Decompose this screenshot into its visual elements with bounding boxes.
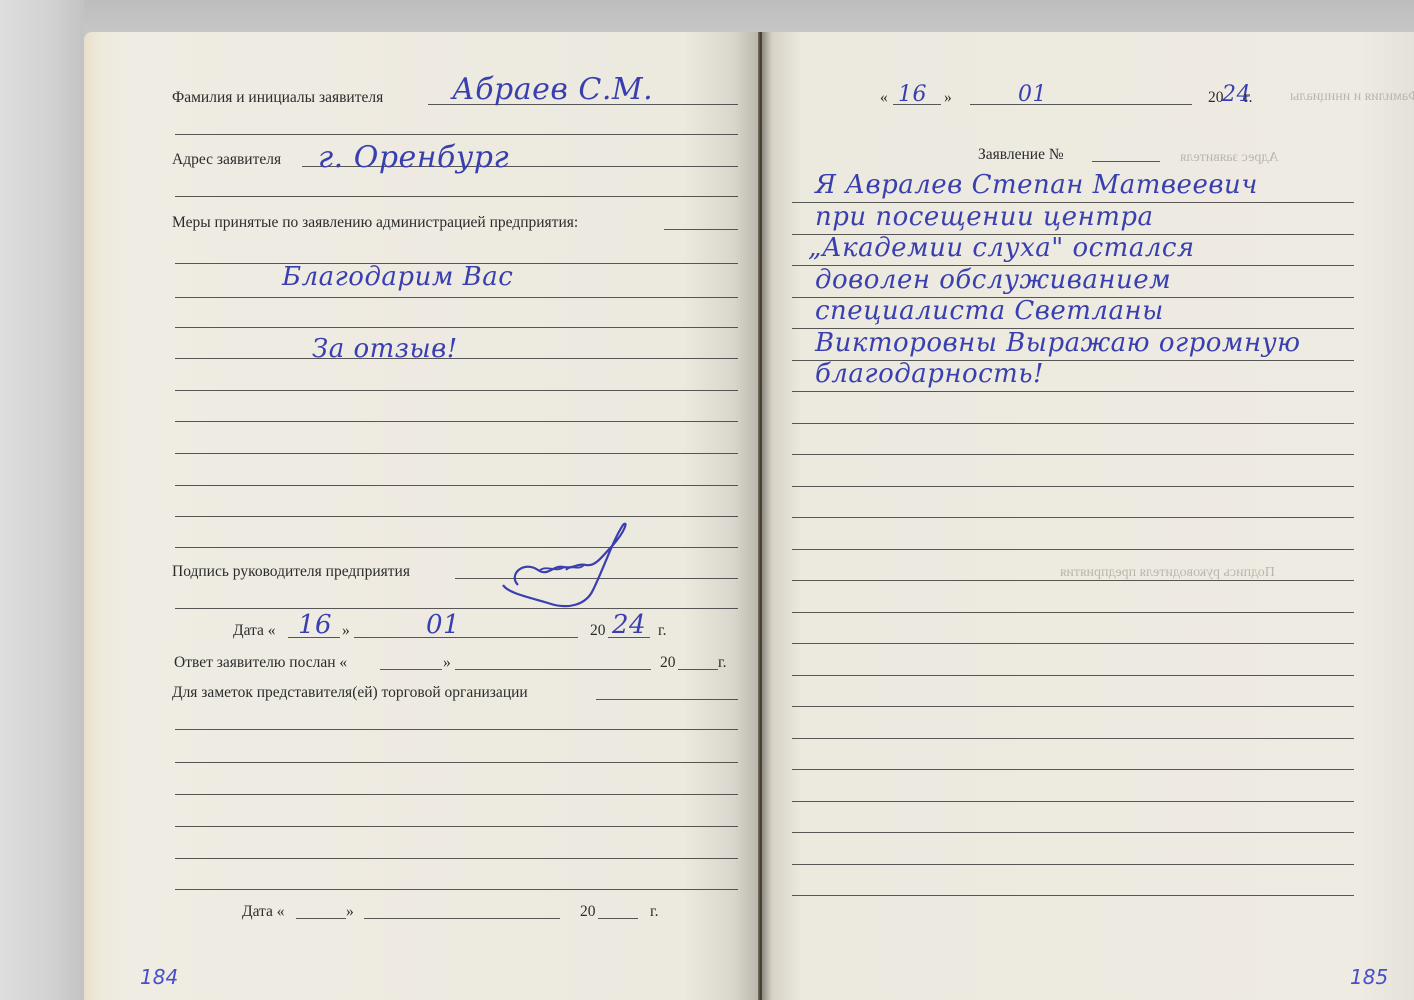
date-month-line <box>354 637 578 638</box>
statement-text-line: доволен обслуживанием <box>815 265 1171 295</box>
blank-line <box>175 196 738 197</box>
measures-line <box>175 547 738 548</box>
statement-line <box>792 612 1354 613</box>
measures-line <box>175 516 738 517</box>
signature-mark <box>478 515 638 615</box>
statement-text-line: при посещении центра <box>815 202 1154 232</box>
notes-label: Для заметок представителя(ей) торговой о… <box>172 684 528 702</box>
right-date-year-unit: г. <box>1244 89 1252 107</box>
date-month-value: 01 <box>426 610 460 640</box>
bleed-through-text: Фамилия и инициалы <box>1290 89 1414 105</box>
date-year-value: 24 <box>612 610 646 640</box>
quote-close: » <box>346 903 354 921</box>
applicant-name-value: Абраев С.М. <box>452 72 653 107</box>
statement-line <box>792 832 1354 833</box>
bottom-date-year-prefix: 20 <box>580 903 596 921</box>
statement-line <box>792 706 1354 707</box>
date-year-prefix: 20 <box>590 622 606 640</box>
measures-line <box>175 297 738 298</box>
statement-text-line: „Академии слуха" остался <box>808 233 1195 263</box>
statement-line <box>792 391 1354 392</box>
statement-line <box>792 738 1354 739</box>
notes-line <box>175 826 738 827</box>
measures-line <box>175 358 738 359</box>
statement-line <box>792 801 1354 802</box>
bottom-date-year-line <box>598 918 638 919</box>
measures-line <box>175 453 738 454</box>
statement-text-line: Я Авралев Степан Матвеевич <box>815 170 1258 200</box>
statement-label: Заявление № <box>978 146 1064 164</box>
bottom-date-label: Дата « <box>242 903 285 921</box>
date-day-value: 16 <box>298 610 332 640</box>
statement-line <box>792 895 1354 896</box>
date-year-unit: г. <box>658 622 666 640</box>
reply-year-line <box>678 669 718 670</box>
left-page-number: 184 <box>140 965 178 989</box>
statement-line <box>792 580 1354 581</box>
statement-line <box>792 234 1354 235</box>
right-date-quote-open: « <box>880 89 888 107</box>
measures-text-line1: Благодарим Вас <box>282 262 513 292</box>
statement-line <box>792 517 1354 518</box>
bleed-through-text: Подпись руководителя предприятия <box>1060 565 1275 581</box>
statement-line <box>792 549 1354 550</box>
measures-line <box>664 229 738 230</box>
statement-number-line <box>1092 161 1160 162</box>
address-label: Адрес заявителя <box>172 151 281 169</box>
statement-line <box>792 675 1354 676</box>
right-date-month-line <box>970 104 1192 105</box>
bottom-date-day-line <box>296 918 346 919</box>
right-date-month-value: 01 <box>1018 82 1047 107</box>
right-page-number: 185 <box>1350 965 1388 989</box>
notes-line <box>175 858 738 859</box>
statement-line <box>792 328 1354 329</box>
reply-year-unit: г. <box>718 654 726 672</box>
blank-line <box>175 608 738 609</box>
statement-line <box>792 423 1354 424</box>
applicant-name-label: Фамилия и инициалы заявителя <box>172 89 383 107</box>
statement-line <box>792 454 1354 455</box>
measures-line <box>175 421 738 422</box>
quote-close: » <box>443 654 451 672</box>
statement-text-line: Викторовны Выражаю огромную <box>815 328 1301 358</box>
notes-line <box>596 699 738 700</box>
measures-text-line2: За отзыв! <box>312 334 458 364</box>
reply-month-line <box>455 669 651 670</box>
statement-text-line: благодарность! <box>815 359 1044 389</box>
bottom-date-year-unit: г. <box>650 903 658 921</box>
reply-day-line <box>380 669 442 670</box>
measures-line <box>175 327 738 328</box>
notes-line <box>175 729 738 730</box>
reply-sent-label: Ответ заявителю послан « <box>174 654 347 672</box>
statement-line <box>792 360 1354 361</box>
right-date-quote-close: » <box>944 89 952 107</box>
statement-line <box>792 643 1354 644</box>
signature-label: Подпись руководителя предприятия <box>172 563 410 581</box>
quote-close: » <box>342 622 350 640</box>
measures-line <box>175 390 738 391</box>
reply-year-prefix: 20 <box>660 654 676 672</box>
notes-line <box>175 762 738 763</box>
bleed-through-text: Адрес заявителя <box>1180 150 1279 166</box>
statement-line <box>792 297 1354 298</box>
statement-text-line: специалиста Светланы <box>815 296 1164 326</box>
address-value: г. Оренбург <box>318 140 509 175</box>
notes-line <box>175 794 738 795</box>
right-date-day-value: 16 <box>898 82 927 107</box>
scanner-background <box>0 0 84 1000</box>
measures-line <box>175 485 738 486</box>
notes-line <box>175 889 738 890</box>
statement-line <box>792 864 1354 865</box>
statement-line <box>792 769 1354 770</box>
bottom-date-month-line <box>364 918 560 919</box>
blank-line <box>175 134 738 135</box>
statement-line <box>792 486 1354 487</box>
statement-line <box>792 265 1354 266</box>
statement-line <box>792 202 1354 203</box>
measures-label: Меры принятые по заявлению администрацие… <box>172 214 578 232</box>
date-label: Дата « <box>233 622 276 640</box>
